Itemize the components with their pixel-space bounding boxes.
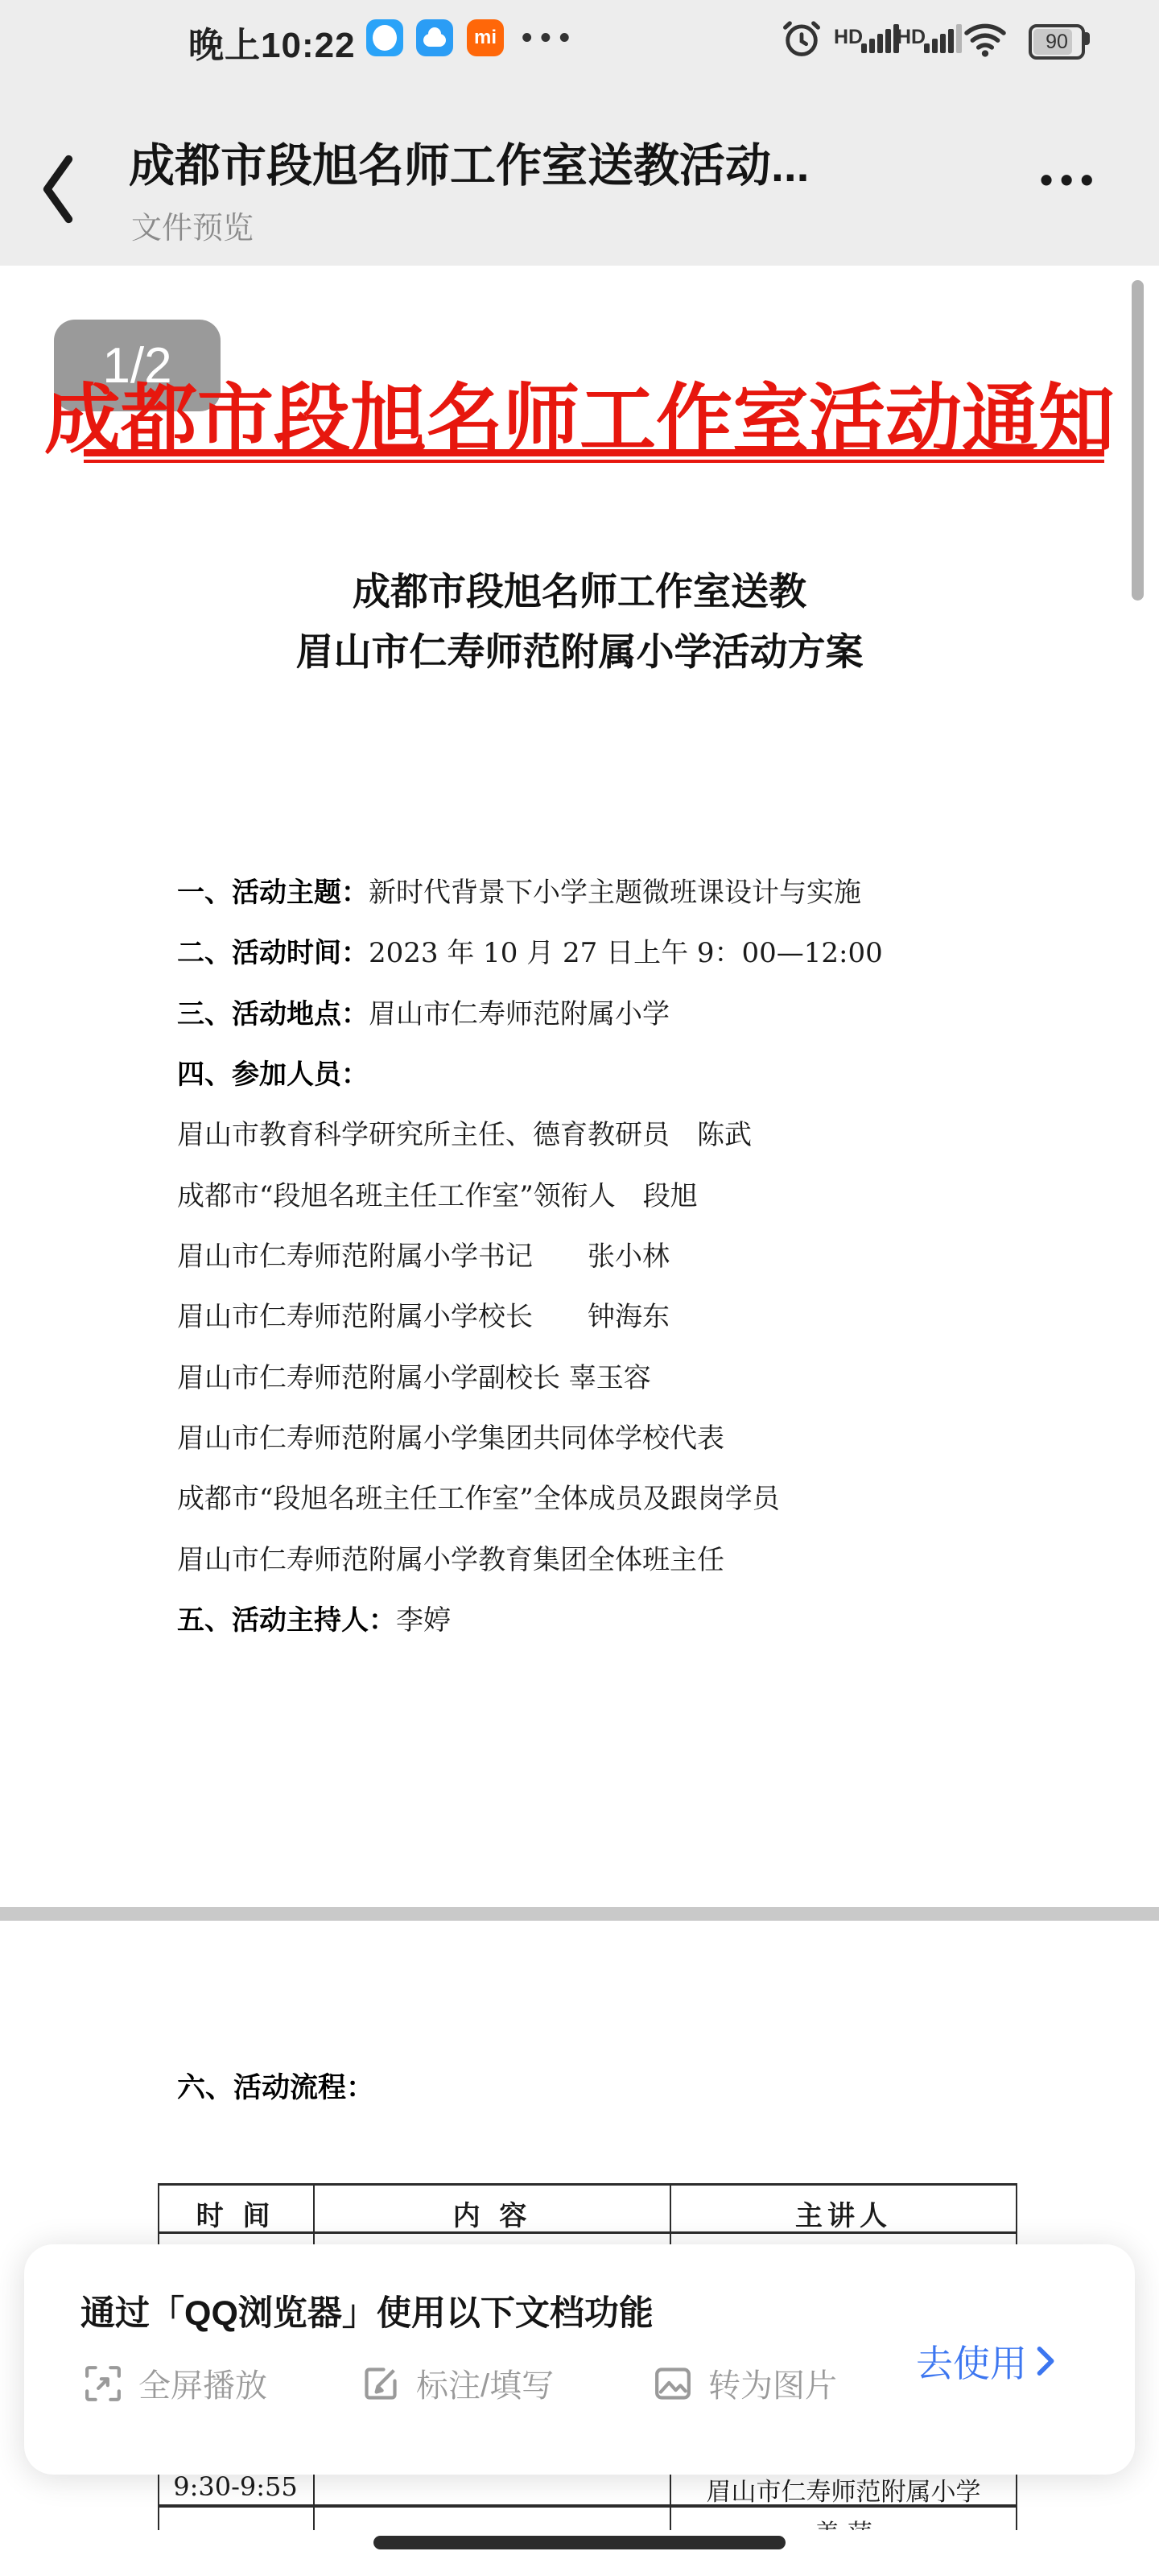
table-cell-time: 9:30-9:55	[158, 2471, 313, 2502]
cloud-app-icon	[416, 19, 453, 56]
banner-underline-thick	[84, 449, 1104, 456]
banner-underline-thin	[84, 460, 1104, 463]
fullscreen-play-label: 全屏播放	[138, 2360, 267, 2406]
home-indicator[interactable]	[373, 2536, 786, 2549]
qq-browser-bottom-sheet: 通过「QQ浏览器」使用以下文档功能 全屏播放 标注/填写 转为图片 去使用	[24, 2244, 1135, 2475]
doc-title-line2: 眉山市仁寿师范附属小学活动方案	[0, 622, 1159, 676]
hd-label-sim2: HD	[897, 26, 926, 49]
doc-title-line1: 成都市段旭名师工作室送教	[0, 562, 1159, 616]
doc-line: 眉山市仁寿师范附属小学集团共同体学校代表	[177, 1416, 724, 1455]
wifi-icon	[963, 21, 1008, 58]
doc-line: 五、活动主持人：李婷	[177, 1598, 451, 1637]
battery-icon: 90	[1029, 24, 1085, 60]
doc-line: 眉山市教育科学研究所主任、德育教研员 陈武	[177, 1113, 752, 1152]
table-header-time: 时 间	[158, 2194, 313, 2233]
table-header-content: 内 容	[315, 2194, 670, 2233]
doc-line: 二、活动时间：2023 年 10 月 27 日上午 9：00—12:00	[177, 931, 883, 970]
more-notifications-dots: •••	[522, 21, 578, 56]
signal-bars-icon	[924, 24, 962, 53]
battery-percentage: 90	[1046, 31, 1068, 54]
table-cell-speaker-partial: 姜 萍	[671, 2513, 1016, 2530]
document-preview[interactable]: 1/2 成都市段旭名师工作室活动通知 成都市段旭名师工作室送教 眉山市仁寿师范附…	[0, 266, 1159, 2576]
sheet-title: 通过「QQ浏览器」使用以下文档功能	[80, 2286, 654, 2335]
annotate-icon	[358, 2361, 403, 2406]
page-separator	[0, 1907, 1159, 1921]
doc-line: 成都市“段旭名班主任工作室”全体成员及跟岗学员	[177, 1476, 780, 1516]
convert-to-image-button[interactable]: 转为图片	[650, 2360, 837, 2406]
hd-label-sim1: HD	[834, 26, 863, 49]
status-and-nav-bar: 晚上10:22 mi ••• HD HD	[0, 0, 1159, 266]
doc-line: 眉山市仁寿师范附属小学教育集团全体班主任	[177, 1538, 724, 1577]
back-button[interactable]	[32, 145, 84, 233]
doc-line: 成都市“段旭名班主任工作室”领衔人 段旭	[177, 1174, 698, 1213]
doc-line: 三、活动地点：眉山市仁寿师范附属小学	[177, 992, 670, 1031]
doc-line: 眉山市仁寿师范附属小学书记 张小林	[177, 1234, 670, 1274]
doc-section6-heading: 六、活动流程：	[177, 2066, 374, 2106]
convert-to-image-label: 转为图片	[708, 2360, 837, 2406]
fullscreen-play-button[interactable]: 全屏播放	[80, 2360, 267, 2406]
table-header-speaker: 主讲人	[671, 2194, 1016, 2233]
fullscreen-icon	[80, 2361, 126, 2406]
doc-line: 四、参加人员：	[177, 1052, 369, 1092]
doc-line: 一、活动主题：新时代背景下小学主题微班课设计与实施	[177, 870, 861, 910]
moon-app-icon	[366, 19, 403, 56]
screen: 晚上10:22 mi ••• HD HD	[0, 0, 1159, 2576]
page-subtitle: 文件预览	[131, 203, 254, 247]
image-convert-icon	[650, 2361, 695, 2406]
signal-bars-icon	[861, 24, 899, 53]
chevron-right-icon	[1027, 2340, 1062, 2382]
battery-tip	[1085, 32, 1090, 45]
page-title: 成都市段旭名师工作室送教活动...	[129, 129, 1038, 195]
annotate-fill-button[interactable]: 标注/填写	[358, 2360, 554, 2406]
annotate-fill-label: 标注/填写	[416, 2360, 554, 2406]
go-use-button[interactable]: 去使用	[916, 2334, 1062, 2388]
more-menu-button[interactable]: •••	[1040, 158, 1100, 201]
doc-line: 眉山市仁寿师范附属小学校长 钟海东	[177, 1294, 670, 1334]
doc-line: 眉山市仁寿师范附属小学副校长 辜玉容	[177, 1356, 651, 1395]
alarm-icon	[781, 18, 823, 60]
mi-app-icon: mi	[467, 19, 504, 56]
table-cell-speaker: 眉山市仁寿师范附属小学	[671, 2471, 1016, 2508]
clock-time: 晚上10:22	[188, 16, 356, 68]
go-use-label: 去使用	[916, 2334, 1027, 2388]
